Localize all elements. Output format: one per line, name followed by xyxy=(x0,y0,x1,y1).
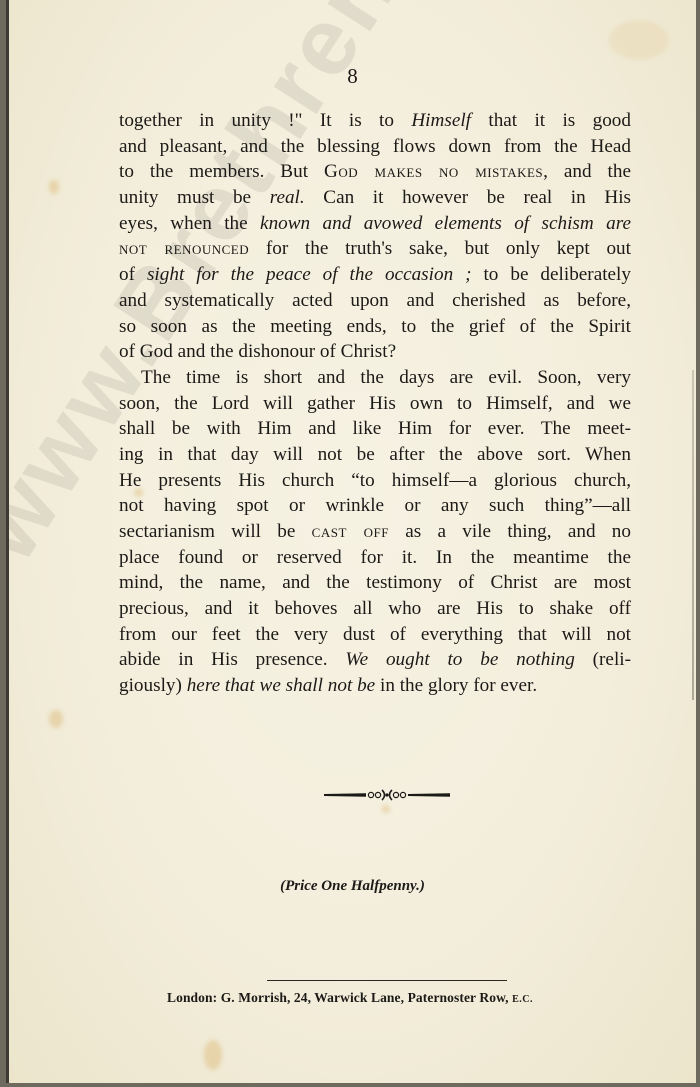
text-line: to the members. But God makes no mistake… xyxy=(119,159,631,185)
price-note: (Price One Halfpenny.) xyxy=(9,878,696,895)
text-line: from our feet the very dust of everythin… xyxy=(119,622,631,648)
paragraph: together in unity !" It is to Himself th… xyxy=(119,108,631,365)
foxing-stain xyxy=(49,180,59,194)
text-line: ing in that day will not be after the ab… xyxy=(119,442,631,468)
text-line: abide in His presence. We ought to be no… xyxy=(119,647,631,673)
imprint-text: London: G. Morrish, 24, Warwick Lane, Pa… xyxy=(167,990,509,1005)
text-line: eyes, when the known and avowed elements… xyxy=(119,211,631,237)
page-number: 8 xyxy=(9,64,696,89)
text-line: of God and the dishonour of Christ? xyxy=(119,339,631,365)
scanned-page: www.BrethrenArchive.org 8 together in un… xyxy=(6,0,696,1083)
text-line: place found or reserved for it. In the m… xyxy=(119,545,631,571)
text-line: giously) here that we shall not be in th… xyxy=(119,673,631,699)
text-line: unity must be real. Can it however be re… xyxy=(119,185,631,211)
publisher-imprint: London: G. Morrish, 24, Warwick Lane, Pa… xyxy=(167,990,533,1006)
text-line: He presents His church “to himself—a glo… xyxy=(119,468,631,494)
text-line: The time is short and the days are evil.… xyxy=(119,365,631,391)
text-line: soon, the Lord will gather His own to Hi… xyxy=(119,391,631,417)
tail-piece-ornament xyxy=(322,787,452,803)
text-line: and pleasant, and the blessing flows dow… xyxy=(119,134,631,160)
foxing-stain xyxy=(382,805,390,813)
text-line: not having spot or wrinkle or any such t… xyxy=(119,493,631,519)
foxing-stain xyxy=(609,20,669,60)
body-text: together in unity !" It is to Himself th… xyxy=(119,108,631,699)
text-line: so soon as the meeting ends, to the grie… xyxy=(119,314,631,340)
text-line: shall be with Him and like Him for ever.… xyxy=(119,416,631,442)
text-line: not renounced for the truth's sake, but … xyxy=(119,236,631,262)
foxing-stain xyxy=(49,710,63,728)
text-line: and systematically acted upon and cheris… xyxy=(119,288,631,314)
text-line: mind, the name, and the testimony of Chr… xyxy=(119,570,631,596)
paragraph: The time is short and the days are evil.… xyxy=(119,365,631,699)
text-line: of sight for the peace of the occasion ;… xyxy=(119,262,631,288)
page-edge xyxy=(692,370,694,700)
text-line: together in unity !" It is to Himself th… xyxy=(119,108,631,134)
text-line: precious, and it behoves all who are His… xyxy=(119,596,631,622)
imprint-rule xyxy=(267,980,507,981)
imprint-suffix: E.C. xyxy=(512,994,533,1005)
text-line: sectarianism will be cast off as a vile … xyxy=(119,519,631,545)
foxing-stain xyxy=(204,1040,222,1070)
